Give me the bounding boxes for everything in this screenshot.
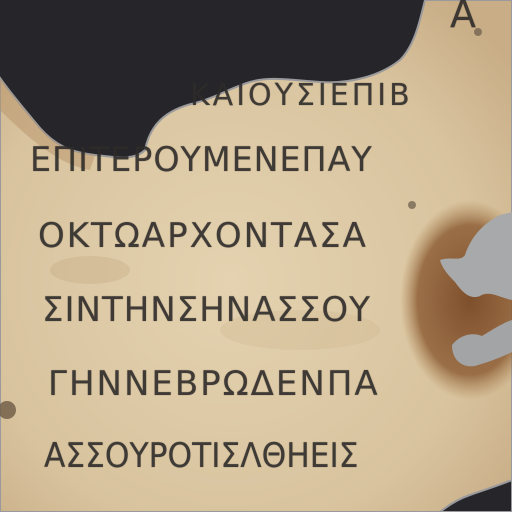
text-line-4: ΣΙΝΤΗΝΣΗΝΑΣΣΟΥ xyxy=(42,290,371,330)
text-line-3: ΟΚΤΩΑΡΧΟΝΤΑΣΑ xyxy=(38,216,368,256)
text-line-1: ΚΑΙΟΥΣΙΕΠΙΒ xyxy=(190,78,413,113)
text-line-0: Α xyxy=(450,0,477,36)
text-line-5: ΓΗΝΝΕΒΡΩΔΕΝΠΑ xyxy=(48,364,380,404)
text-line-2: ΕΠΙΤΕΡΟΥΜΕΝΕΠΑΥ xyxy=(30,140,373,180)
text-line-6: ΑΣΣΟΥΡΟΤΙΣΛΘΗΕΙΣ xyxy=(44,436,359,476)
